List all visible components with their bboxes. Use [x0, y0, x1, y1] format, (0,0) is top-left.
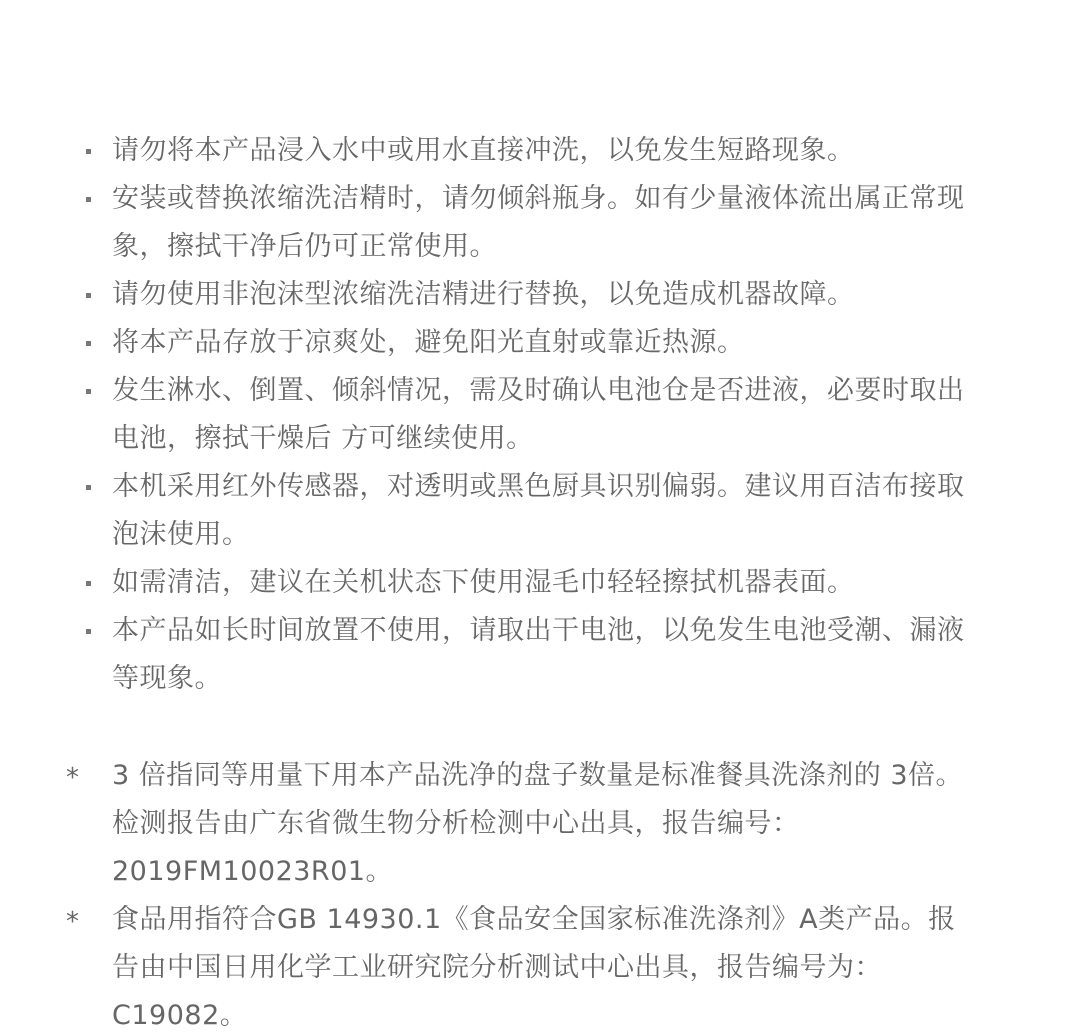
- bullet-icon: [78, 271, 98, 319]
- precaution-text: 请勿将本产品浸入水中或用水直接冲洗，以免发生短路现象。: [112, 135, 855, 166]
- precaution-item: 请勿使用非泡沫型浓缩洗洁精进行替换，以免造成机器故障。: [0, 271, 982, 319]
- precaution-text: 本产品如长时间放置不使用，请取出干电池，以免发生电池受潮、漏液等现象。: [112, 615, 965, 694]
- footnote-text: 3 倍指同等用量下用本产品洗净的盘子数量是标准餐具洗涤剂的 3倍。检测报告由广东…: [112, 760, 963, 887]
- bullet-icon: [78, 559, 98, 607]
- precaution-item: 本产品如长时间放置不使用，请取出干电池，以免发生电池受潮、漏液等现象。: [0, 607, 982, 703]
- precaution-text: 本机采用红外传感器，对透明或黑色厨具识别偏弱。建议用百洁布接取泡沫使用。: [112, 471, 965, 550]
- precaution-text: 如需清洁，建议在关机状态下使用湿毛巾轻轻擦拭机器表面。: [112, 567, 855, 598]
- asterisk-icon: *: [66, 754, 80, 802]
- bullet-icon: [78, 175, 98, 223]
- precaution-item: 如需清洁，建议在关机状态下使用湿毛巾轻轻擦拭机器表面。: [0, 559, 982, 607]
- footnote-text: 食品用指符合GB 14930.1《食品安全国家标准洗涤剂》A类产品。报告由中国日…: [112, 904, 956, 1031]
- footnote-item: *食品用指符合GB 14930.1《食品安全国家标准洗涤剂》A类产品。报告由中国…: [0, 896, 982, 1032]
- bullet-icon: [78, 127, 98, 175]
- precaution-text: 请勿使用非泡沫型浓缩洗洁精进行替换，以免造成机器故障。: [112, 279, 855, 310]
- precaution-item: 请勿将本产品浸入水中或用水直接冲洗，以免发生短路现象。: [0, 127, 982, 175]
- precaution-item: 本机采用红外传感器，对透明或黑色厨具识别偏弱。建议用百洁布接取泡沫使用。: [0, 463, 982, 559]
- bullet-icon: [78, 463, 98, 511]
- footnote-item: *3 倍指同等用量下用本产品洗净的盘子数量是标准餐具洗涤剂的 3倍。检测报告由广…: [0, 752, 982, 896]
- bullet-icon: [78, 607, 98, 655]
- precaution-text: 发生淋水、倒置、倾斜情况，需及时确认电池仓是否进液，必要时取出电池，擦拭干燥后 …: [112, 375, 965, 454]
- precaution-text: 将本产品存放于凉爽处，避免阳光直射或靠近热源。: [112, 327, 745, 358]
- asterisk-icon: *: [66, 898, 80, 946]
- precaution-text: 安装或替换浓缩洗洁精时，请勿倾斜瓶身。如有少量液体流出属正常现象，擦拭干净后仍可…: [112, 183, 965, 262]
- bullet-icon: [78, 319, 98, 367]
- precaution-item: 发生淋水、倒置、倾斜情况，需及时确认电池仓是否进液，必要时取出电池，擦拭干燥后 …: [0, 367, 982, 463]
- footnotes: *3 倍指同等用量下用本产品洗净的盘子数量是标准餐具洗涤剂的 3倍。检测报告由广…: [0, 752, 1080, 1032]
- bullet-icon: [78, 367, 98, 415]
- precautions-list: 请勿将本产品浸入水中或用水直接冲洗，以免发生短路现象。 安装或替换浓缩洗洁精时，…: [0, 127, 1080, 703]
- precaution-item: 安装或替换浓缩洗洁精时，请勿倾斜瓶身。如有少量液体流出属正常现象，擦拭干净后仍可…: [0, 175, 982, 271]
- precaution-item: 将本产品存放于凉爽处，避免阳光直射或靠近热源。: [0, 319, 982, 367]
